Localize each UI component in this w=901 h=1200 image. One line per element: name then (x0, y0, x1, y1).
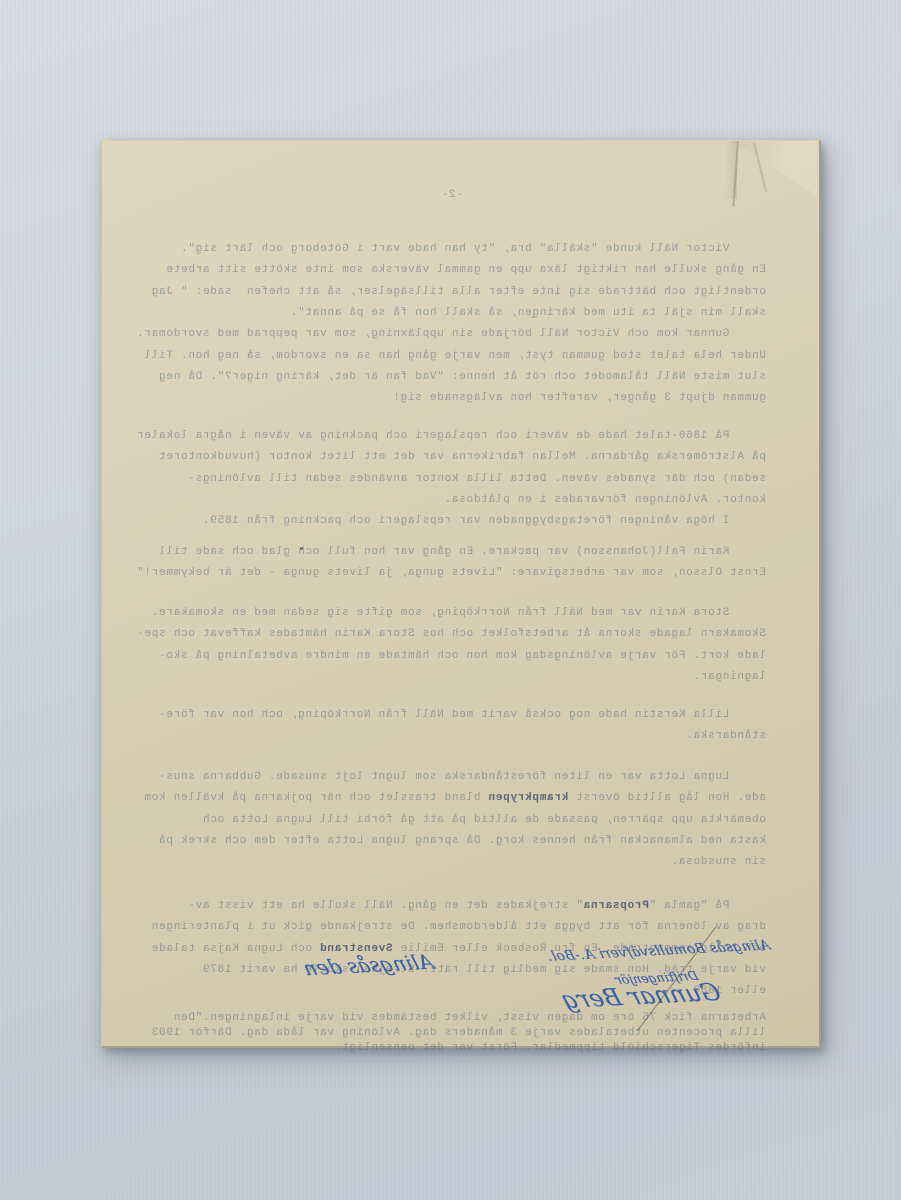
typed-line: På 1860-talet hade de väveri och repslag… (126, 430, 766, 442)
typed-line: kasta ned almanackan från hennes korg. D… (126, 835, 766, 847)
handwritten-company-script: Alingsås Bomullsväfveri A.-Bol. (545, 937, 772, 964)
typed-line: ade. Hon låg alltid överst krampkrypen b… (126, 792, 766, 804)
typed-line: lade kort. För varje avlöningsdag kom ho… (126, 650, 766, 662)
typed-line: obemärkta upp spärren, passade de alltid… (126, 814, 766, 826)
typed-line: drag av lönerna för att bygga ett ålderd… (126, 921, 766, 933)
typed-line: ordentligt och bättrade sig inte efter a… (126, 286, 766, 298)
handwritten-signature-script: Gunnar Berg (558, 978, 724, 1014)
typed-line: på Alströmerska gårdarna. Mellan fabrike… (126, 451, 766, 463)
document-page: -2- Victor Näll kunde "skälla" bra, "ty … (101, 140, 821, 1048)
typed-line: Victor Näll kunde "skälla" bra, "ty han … (126, 243, 766, 255)
typed-line: skall min själ ta itu med käringen, så s… (126, 307, 766, 319)
typed-line: Stora Karin var med Näll från Norrköping… (126, 607, 766, 619)
typed-line: Under hela talet stod gumman tyst, men v… (126, 350, 766, 362)
typed-line: En gång skulle han riktigt läxa upp en g… (126, 264, 766, 276)
typed-line: Skomakarn lagade skorna åt arbetsfolket … (126, 628, 766, 640)
photo-background: -2- Victor Näll kunde "skälla" bra, "ty … (0, 0, 901, 1200)
typed-line: kontor. Avlöningen förvarades i en plåtd… (126, 494, 766, 506)
page-number: -2- (138, 189, 766, 201)
dust-speck (300, 547, 303, 550)
typed-line: slut miste Näll tålamodet och röt åt hen… (126, 371, 766, 383)
typed-line: På "gamla "Propsarna" strejkades det en … (126, 900, 766, 912)
mirrored-content-layer: -2- Victor Näll kunde "skälla" bra, "ty … (102, 141, 819, 1046)
typed-line: Karin Fall(Johansson) var packare. En gå… (126, 546, 766, 558)
typed-line: I höga våningen företagsbyggnaden var re… (126, 515, 766, 527)
typed-line: Lugna Lotta var en liten föreståndarska … (126, 771, 766, 783)
typed-line: Gunnar kom och Victor Näll började sin u… (126, 328, 766, 340)
typed-line: Arbetarna fick 75 öre om dagen visst, vi… (126, 1012, 766, 1024)
typed-line: ståndarska. (126, 730, 766, 742)
typed-line: sedan) och där synades väven. Detta lill… (126, 473, 766, 485)
typed-line: lagningar. (126, 671, 766, 683)
typed-line: infördes Tigerschiöld tippmedlar. Först … (126, 1042, 766, 1054)
typed-line: lilla procenten utbetalades varje 3 måna… (126, 1027, 766, 1039)
typed-line: sin snusdosa. (126, 856, 766, 868)
typed-line: gumman djupt 3 gånger, varefter hon avlä… (126, 392, 766, 404)
dust-speck (532, 316, 534, 318)
typed-line: Lilla Kerstin hade nog också varit med N… (126, 709, 766, 721)
typed-line: Ernst Olsson, som var arbetsgivare: "Liv… (126, 567, 766, 579)
